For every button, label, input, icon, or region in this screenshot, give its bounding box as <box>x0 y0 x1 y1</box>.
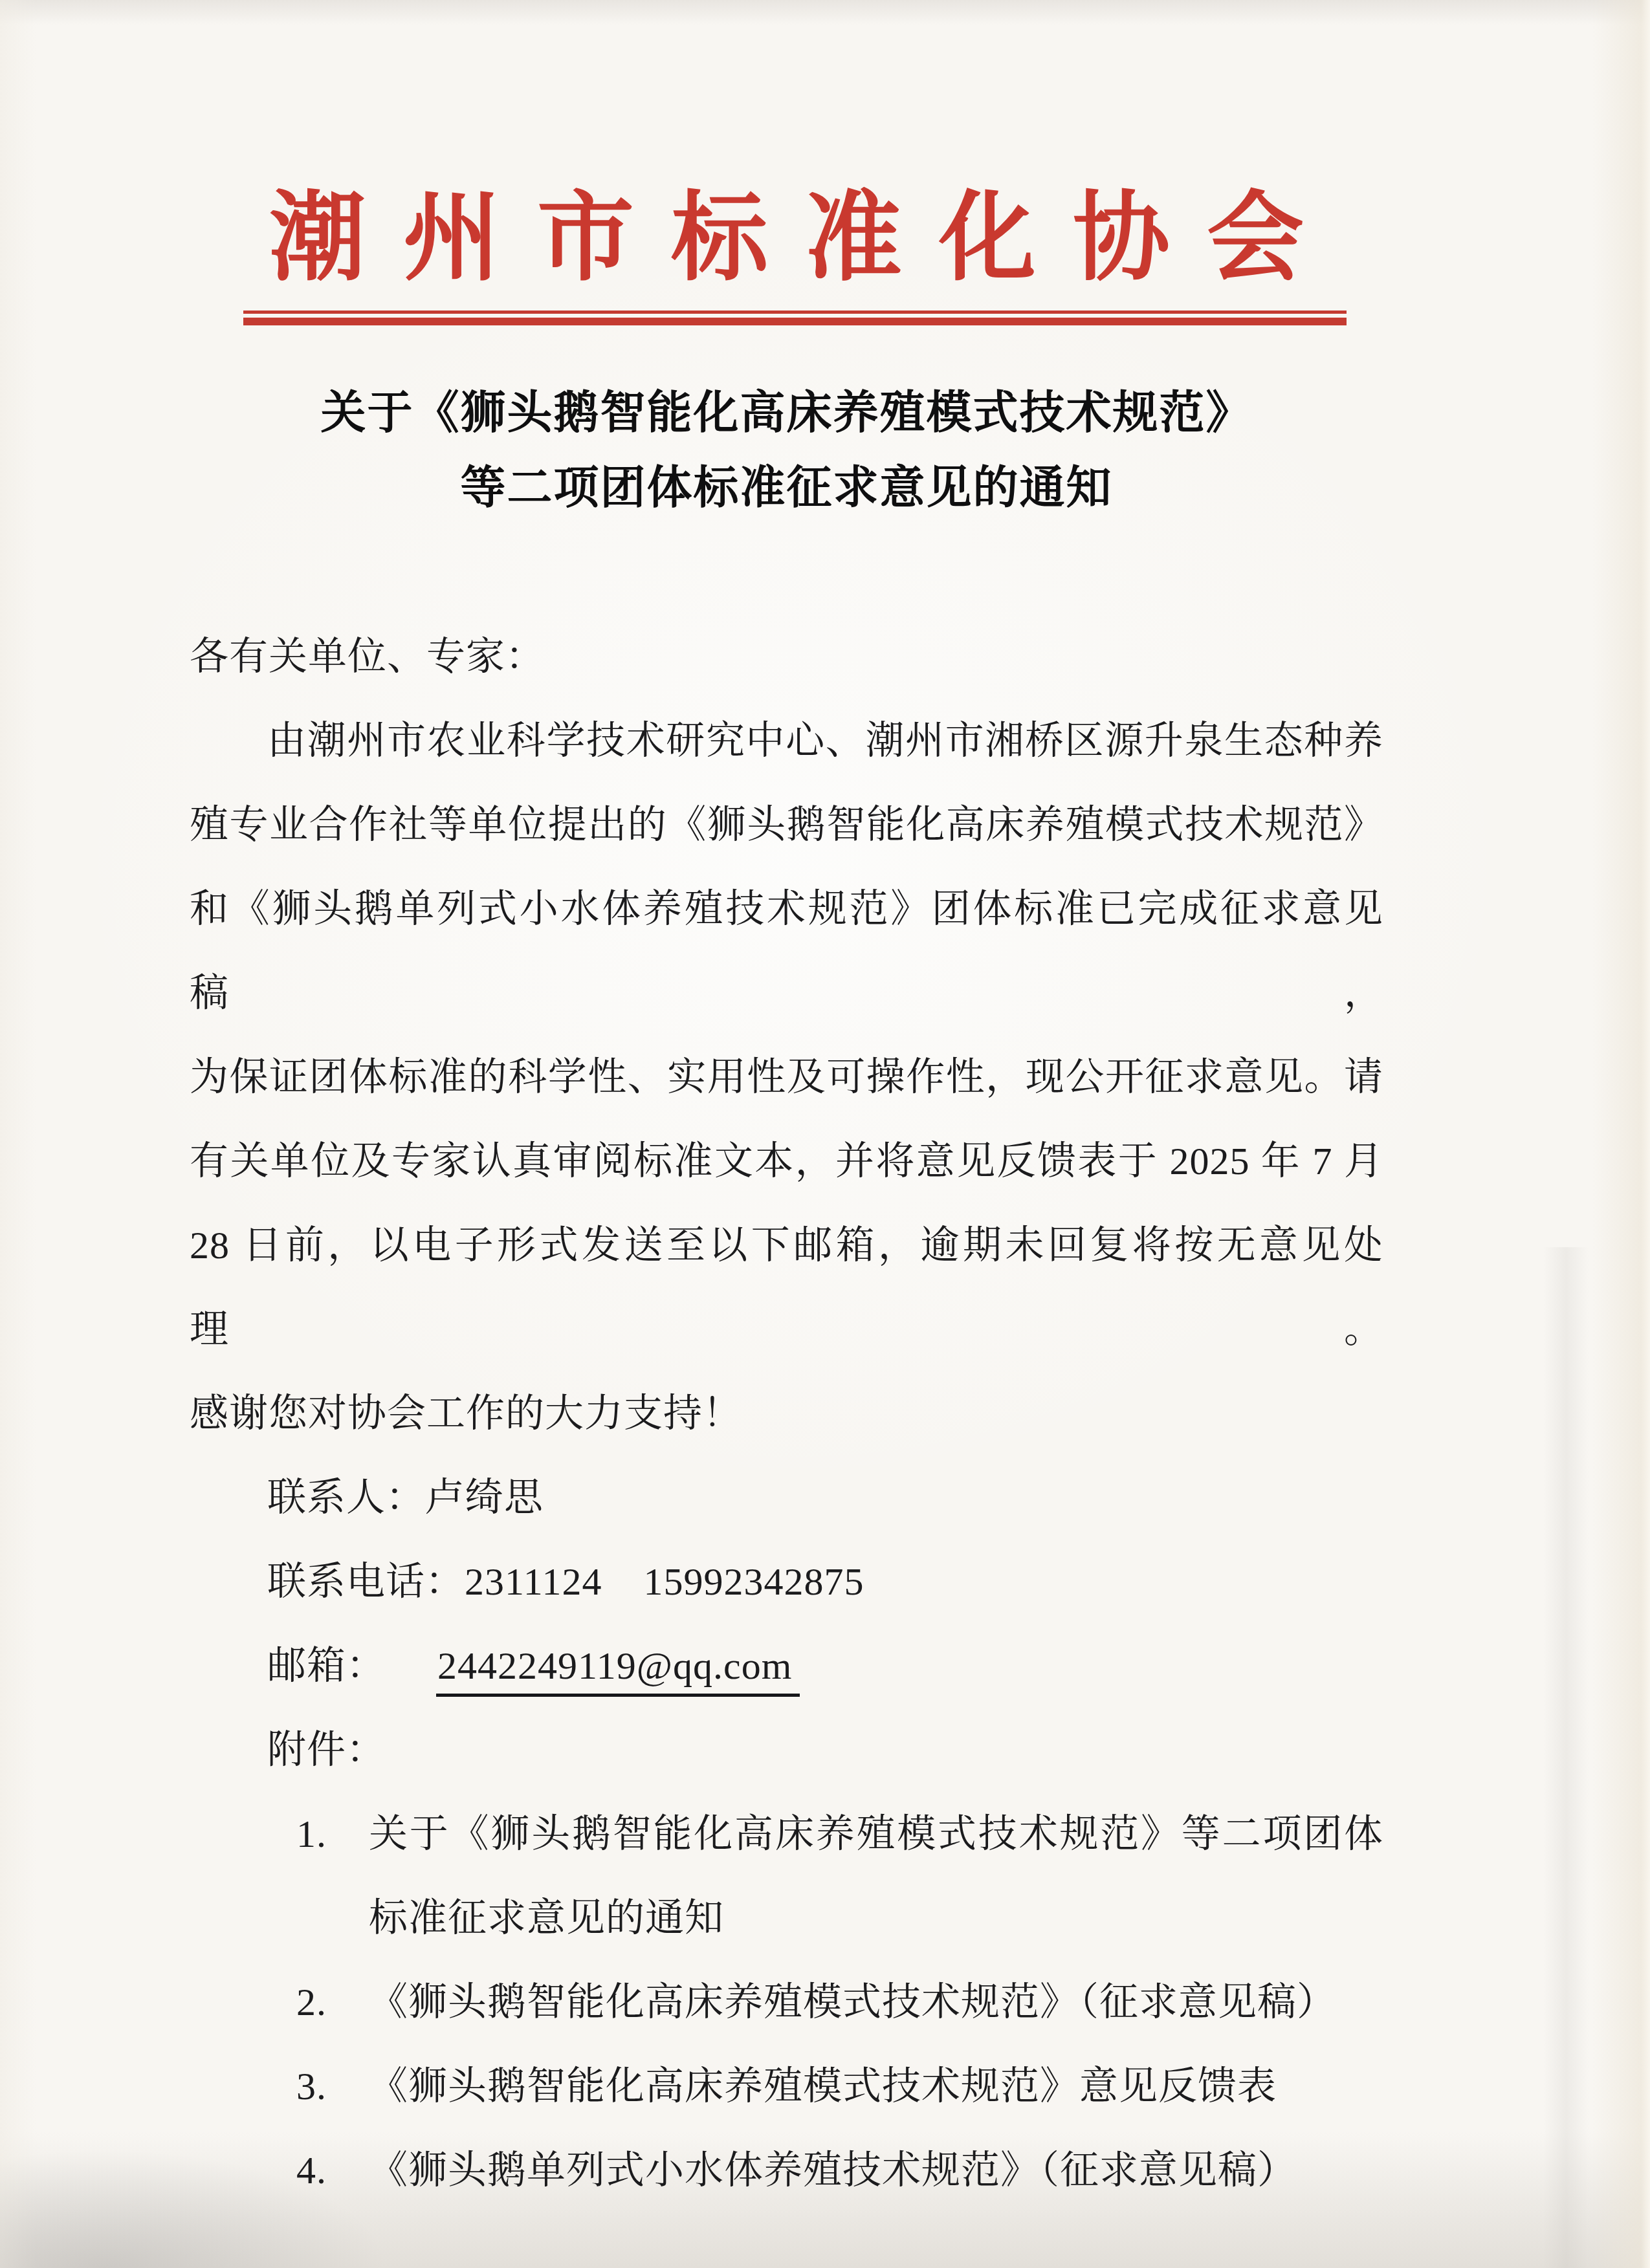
contact-phone-numbers: 2311124 15992342875 <box>465 1560 864 1603</box>
contact-phone-line: 联系电话：2311124 15992342875 <box>190 1540 1383 1624</box>
paragraph-line: 感谢您对协会工作的大力支持！ <box>190 1371 1383 1456</box>
contact-phone-label: 联系电话： <box>267 1560 465 1603</box>
attachment-line: 标准征求意见的通知 <box>369 1876 1383 1960</box>
attachments-label: 附件： <box>190 1708 1383 1792</box>
attachment-number: 1. <box>296 1792 369 1960</box>
letterhead-org-name: 潮州市标准化协会 <box>190 184 1383 294</box>
paragraph-line: 由潮州市农业科学技术研究中心、潮州市湘桥区源升泉生态种养 <box>190 699 1383 783</box>
attachment-item: 2. 《狮头鹅智能化高床养殖模式技术规范》（征求意见稿） <box>296 1960 1383 2044</box>
contact-person-line: 联系人：卢绮思 <box>190 1456 1383 1540</box>
letterhead-rule <box>243 311 1347 325</box>
attachment-text: 关于《狮头鹅智能化高床养殖模式技术规范》等二项团体标准征求意见的通知 <box>369 1792 1383 1960</box>
notice-title-line: 等二项团体标准征求意见的通知 <box>190 452 1383 527</box>
salutation: 各有关单位、专家： <box>190 615 1383 699</box>
paragraph-line: 有关单位及专家认真审阅标准文本，并将意见反馈表于 2025 年 7 月 <box>190 1119 1383 1203</box>
scanned-notice-page: 潮州市标准化协会 关于《狮头鹅智能化高床养殖模式技术规范》等二项团体标准征求意见… <box>0 0 1650 2268</box>
attachment-item: 4. 《狮头鹅单列式小水体养殖技术规范》（征求意见稿） <box>296 2128 1383 2212</box>
attachment-text: 《狮头鹅智能化高床养殖模式技术规范》（征求意见稿） <box>369 1960 1383 2044</box>
email-label: 邮箱： <box>267 1644 386 1687</box>
document-content: 潮州市标准化协会 关于《狮头鹅智能化高床养殖模式技术规范》等二项团体标准征求意见… <box>190 0 1383 2268</box>
scan-streak-band <box>1543 1247 1589 2268</box>
attachment-line: 《狮头鹅智能化高床养殖模式技术规范》（征求意见稿） <box>369 1960 1383 2044</box>
attachment-item: 3. 《狮头鹅智能化高床养殖模式技术规范》意见反馈表 <box>296 2044 1383 2128</box>
attachment-number: 2. <box>296 1960 369 2044</box>
email-address: 2442249119@qq.com <box>436 1643 800 1697</box>
paragraph-line: 28 日前，以电子形式发送至以下邮箱，逾期未回复将按无意见处理。 <box>190 1203 1383 1371</box>
attachment-line: 关于《狮头鹅智能化高床养殖模式技术规范》等二项团体 <box>369 1792 1383 1876</box>
notice-body: 各有关单位、专家： 由潮州市农业科学技术研究中心、潮州市湘桥区源升泉生态种养殖专… <box>190 615 1383 2212</box>
attachment-item: 1. 关于《狮头鹅智能化高床养殖模式技术规范》等二项团体标准征求意见的通知 <box>296 1792 1383 1960</box>
paragraph-line: 和《狮头鹅单列式小水体养殖技术规范》团体标准已完成征求意见稿， <box>190 867 1383 1035</box>
attachments-list: 1. 关于《狮头鹅智能化高床养殖模式技术规范》等二项团体标准征求意见的通知 2.… <box>190 1792 1383 2212</box>
scan-shadow-right-edge <box>1641 0 1650 2268</box>
attachment-line: 《狮头鹅单列式小水体养殖技术规范》（征求意见稿） <box>369 2128 1383 2212</box>
attachment-line: 《狮头鹅智能化高床养殖模式技术规范》意见反馈表 <box>369 2044 1383 2128</box>
paragraph-line: 殖专业合作社等单位提出的《狮头鹅智能化高床养殖模式技术规范》 <box>190 783 1383 867</box>
attachment-number: 4. <box>296 2128 369 2212</box>
notice-title-line: 关于《狮头鹅智能化高床养殖模式技术规范》 <box>190 376 1383 452</box>
attachment-text: 《狮头鹅单列式小水体养殖技术规范》（征求意见稿） <box>369 2128 1383 2212</box>
body-paragraph: 由潮州市农业科学技术研究中心、潮州市湘桥区源升泉生态种养殖专业合作社等单位提出的… <box>190 699 1383 1456</box>
contact-email-line: 邮箱：2442249119@qq.com <box>190 1624 1383 1708</box>
notice-title: 关于《狮头鹅智能化高床养殖模式技术规范》等二项团体标准征求意见的通知 <box>190 376 1383 527</box>
attachment-number: 3. <box>296 2044 369 2128</box>
paragraph-line: 为保证团体标准的科学性、实用性及可操作性，现公开征求意见。请 <box>190 1035 1383 1119</box>
attachment-text: 《狮头鹅智能化高床养殖模式技术规范》意见反馈表 <box>369 2044 1383 2128</box>
